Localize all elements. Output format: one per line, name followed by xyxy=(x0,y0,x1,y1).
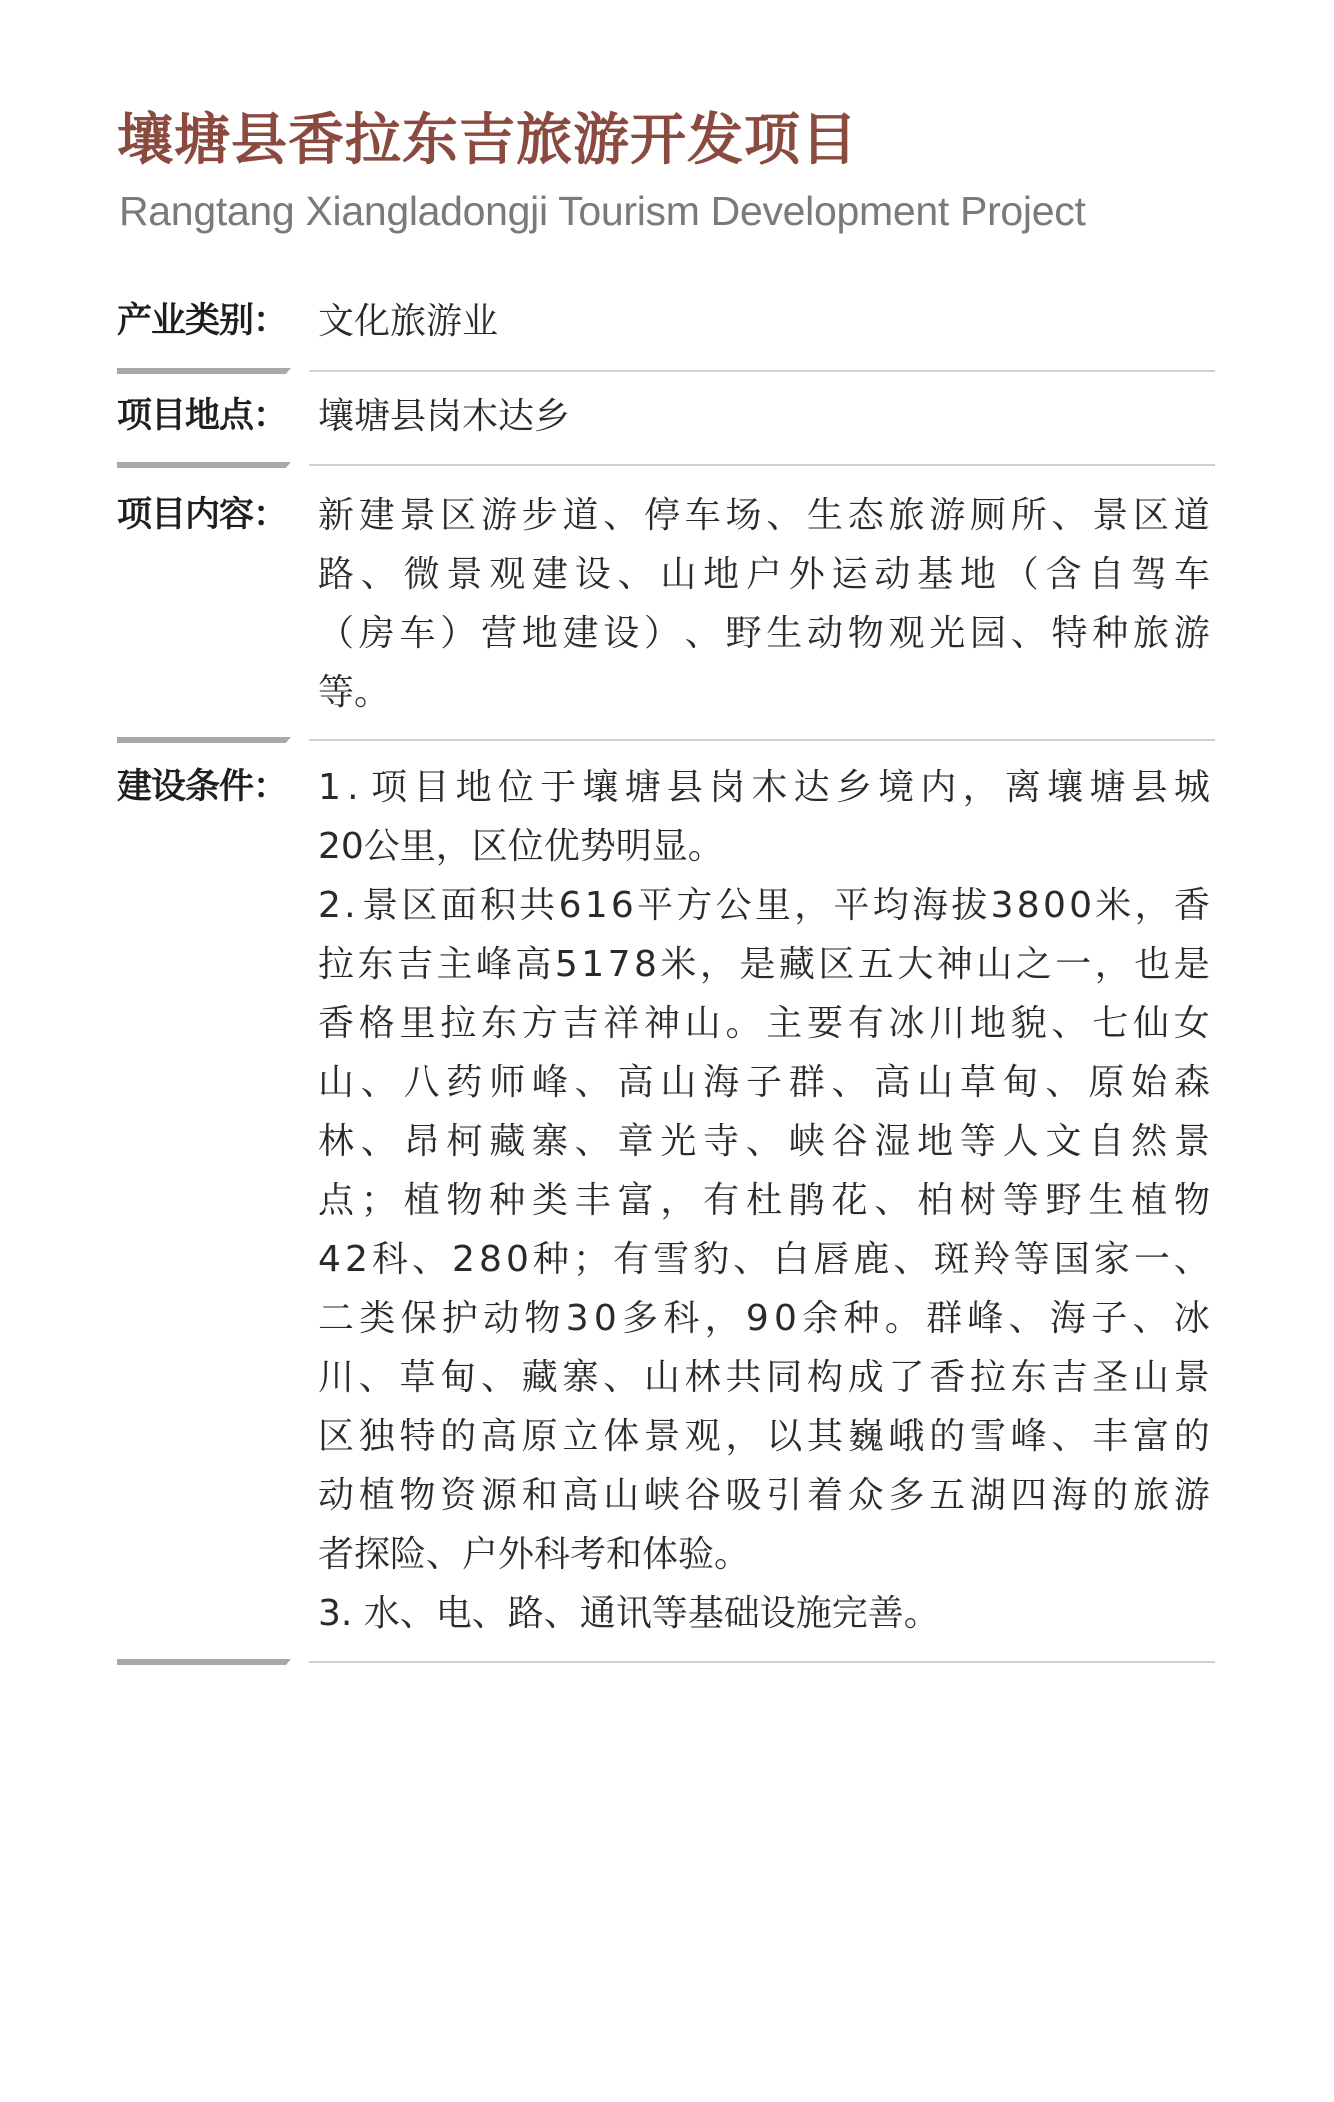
divider-bar xyxy=(117,462,291,468)
field-value-line: 文化旅游业 xyxy=(318,292,1210,351)
field-value-line: 香格里拉东方吉祥神山。主要有冰川地貌、七仙女 xyxy=(318,994,1210,1053)
field-label: 项目地点： xyxy=(117,387,307,446)
divider-bar xyxy=(117,368,291,374)
divider-line xyxy=(309,1661,1215,1663)
field-value-line: 路、微景观建设、山地户外运动基地（含自驾车 xyxy=(318,545,1210,604)
divider-line xyxy=(309,464,1215,466)
field-value-line: 新建景区游步道、停车场、生态旅游厕所、景区道 xyxy=(318,486,1210,545)
field-value: 壤塘县岗木达乡 xyxy=(318,387,1210,446)
section-divider xyxy=(117,1659,1215,1667)
field-value-line: 2. 景区面积共616平方公里，平均海拔3800米，香 xyxy=(318,876,1210,935)
page-title: 壤塘县香拉东吉旅游开发项目 xyxy=(117,106,858,176)
field-label: 建设条件： xyxy=(117,758,307,817)
divider-line xyxy=(309,739,1215,741)
divider-bar xyxy=(117,1659,291,1665)
field-value-line: 拉东吉主峰高5178米，是藏区五大神山之一，也是 xyxy=(318,935,1210,994)
divider-bar xyxy=(117,737,291,743)
field-value: 文化旅游业 xyxy=(318,292,1210,351)
divider-line xyxy=(309,370,1215,372)
field-value: 1. 项目地位于壤塘县岗木达乡境内，离壤塘县城 20公里，区位优势明显。 2. … xyxy=(318,758,1210,1643)
section-divider xyxy=(117,462,1215,470)
field-value-line: 42科、280种；有雪豹、白唇鹿、斑羚等国家一、 xyxy=(318,1230,1210,1289)
field-value-line: （房车）营地建设）、野生动物观光园、特种旅游 xyxy=(318,604,1210,663)
field-label: 项目内容： xyxy=(117,486,307,545)
field-label: 产业类别： xyxy=(117,292,307,351)
field-value-line: 者探险、户外科考和体验。 xyxy=(318,1525,1210,1584)
field-value-line: 动植物资源和高山峡谷吸引着众多五湖四海的旅游 xyxy=(318,1466,1210,1525)
field-value-line: 3. 水、电、路、通讯等基础设施完善。 xyxy=(318,1584,1210,1643)
field-value-line: 川、草甸、藏寨、山林共同构成了香拉东吉圣山景 xyxy=(318,1348,1210,1407)
field-value-line: 山、八药师峰、高山海子群、高山草甸、原始森 xyxy=(318,1053,1210,1112)
page-subtitle: Rangtang Xiangladongji Tourism Developme… xyxy=(119,186,1086,236)
field-value-line: 1. 项目地位于壤塘县岗木达乡境内，离壤塘县城 xyxy=(318,758,1210,817)
section-divider xyxy=(117,368,1215,376)
section-divider xyxy=(117,737,1215,745)
field-value-line: 点；植物种类丰富，有杜鹃花、柏树等野生植物 xyxy=(318,1171,1210,1230)
field-value-line: 二类保护动物30多科，90余种。群峰、海子、冰 xyxy=(318,1289,1210,1348)
field-value-line: 20公里，区位优势明显。 xyxy=(318,817,1210,876)
field-value: 新建景区游步道、停车场、生态旅游厕所、景区道 路、微景观建设、山地户外运动基地（… xyxy=(318,486,1210,722)
field-value-line: 等。 xyxy=(318,663,1210,722)
field-value-line: 林、昂柯藏寨、章光寺、峡谷湿地等人文自然景 xyxy=(318,1112,1210,1171)
field-value-line: 壤塘县岗木达乡 xyxy=(318,387,1210,446)
field-value-line: 区独特的高原立体景观，以其巍峨的雪峰、丰富的 xyxy=(318,1407,1210,1466)
